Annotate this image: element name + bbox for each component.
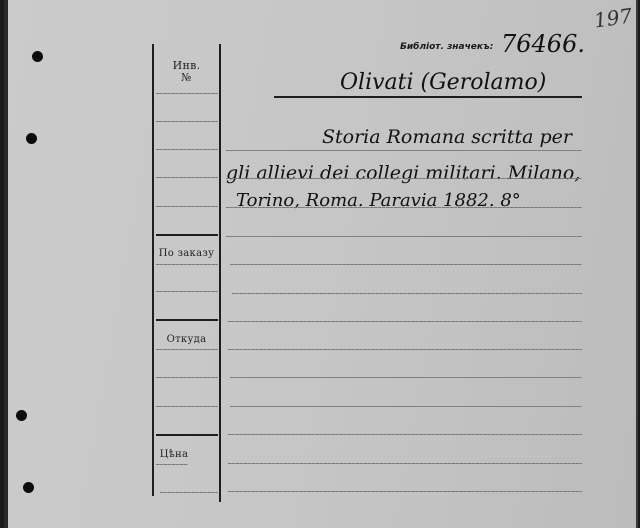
section-divider <box>156 234 218 236</box>
right-rule <box>226 178 582 179</box>
section-divider <box>156 434 218 436</box>
card-right-edge <box>636 0 638 528</box>
left-rule <box>156 206 218 207</box>
library-mark-value: 76466. <box>501 30 585 58</box>
source-label: Откуда <box>154 334 219 345</box>
title-line-1: Storia Romana scritta per <box>322 126 572 148</box>
left-rule <box>156 291 218 292</box>
punch-hole <box>26 133 37 144</box>
left-rule <box>156 349 218 350</box>
right-rule <box>232 293 582 294</box>
left-rule <box>156 377 218 378</box>
left-rule <box>156 121 218 122</box>
right-rule <box>228 491 582 492</box>
punch-hole <box>16 410 27 421</box>
right-rule <box>228 463 582 464</box>
inventory-number-sign: № <box>154 71 219 84</box>
left-rule <box>156 149 218 150</box>
left-rule <box>156 177 218 178</box>
left-column-border <box>219 44 221 502</box>
right-rule <box>226 236 582 237</box>
right-rule <box>226 150 582 151</box>
left-rule <box>156 406 218 407</box>
order-label: По заказу <box>154 248 219 259</box>
right-rule <box>230 264 582 265</box>
catalog-card: 197 Библіот. значекъ: 76466. Инв. № По з… <box>4 0 638 528</box>
left-column-border <box>152 44 154 496</box>
punch-hole <box>32 51 43 62</box>
right-rule <box>228 321 582 322</box>
corner-number: 197 <box>593 3 634 32</box>
left-rule <box>160 492 218 493</box>
author-name: Olivati (Gerolamo) <box>340 70 546 95</box>
right-rule <box>230 406 582 407</box>
author-rule <box>274 96 582 98</box>
library-mark-label: Библіот. значекъ: <box>400 42 493 52</box>
right-rule <box>228 349 582 350</box>
card-left-edge <box>4 0 8 528</box>
punch-hole <box>23 482 34 493</box>
right-rule <box>226 207 582 208</box>
left-rule <box>156 93 218 94</box>
right-rule <box>230 377 582 378</box>
price-label: Цѣна <box>154 449 194 460</box>
left-rule <box>156 464 188 465</box>
right-rule <box>228 434 582 435</box>
left-rule <box>156 264 218 265</box>
section-divider <box>156 319 218 321</box>
title-line-2: gli allievi dei collegi militari. Milano… <box>226 162 580 184</box>
